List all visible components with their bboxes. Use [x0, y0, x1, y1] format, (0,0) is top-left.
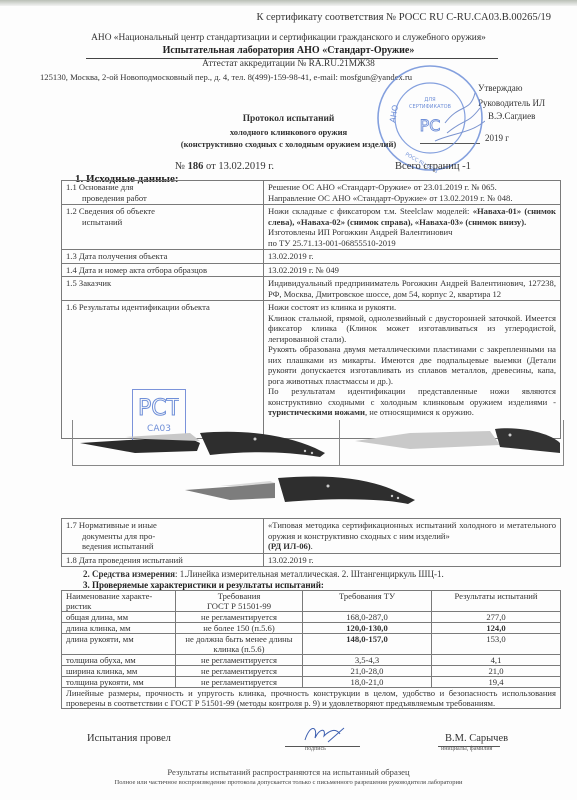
scan-edge [0, 0, 577, 6]
cell-result: 4,1 [432, 655, 561, 666]
table-row: 1.1 Основание дляпроведения работ Решени… [62, 181, 561, 205]
protocol-subtitle: холодного клинкового оружия [0, 127, 577, 137]
svg-text:ДЛЯ: ДЛЯ [424, 97, 435, 103]
tester-name: В.М. Сарычев [445, 733, 508, 744]
tested-by-label: Испытания провел [87, 733, 171, 744]
table-row: 1.5 Заказчик Индивидуальный предпринимат… [62, 277, 561, 301]
table-header-row: Наименование характе-ристик ТребованияГО… [62, 591, 561, 612]
cell-name: длина рукояти, мм [62, 634, 176, 655]
lab-address: 125130, Москва, 2-ой Новоподмосковный пе… [40, 72, 412, 82]
svg-text:PCT: PCT [139, 396, 179, 421]
table-row: 1.3 Дата получения объекта 13.02.2019 г. [62, 250, 561, 264]
footer-reproduction-note: Полное или частичное воспроизведение про… [0, 779, 577, 786]
protocol-subtitle-2: (конструктивно сходных с холодным оружие… [0, 139, 577, 149]
cell-gost: не более 150 (п.5.6) [176, 623, 303, 634]
accreditation: Аттестат аккредитации № RA.RU.21МЖ38 [0, 59, 577, 69]
laboratory-name: Испытательная лаборатория АНО «Стандарт-… [0, 45, 577, 56]
cell-tu: 148,0-157,0 [303, 634, 432, 655]
cell-result: 277,0 [432, 612, 561, 623]
cell-name: длина клинка, мм [62, 623, 176, 634]
table-row: длина клинка, ммне более 150 (п.5.6)120,… [62, 623, 561, 634]
signature-caption: подпись [305, 746, 326, 752]
cell-result: 21,0 [432, 666, 561, 677]
cell-tu: 18,0-21,0 [303, 677, 432, 688]
cell-gost: не регламентируется [176, 612, 303, 623]
cell-name: ширина клинка, мм [62, 666, 176, 677]
cell-name: толщина обуха, мм [62, 655, 176, 666]
organization-name: АНО «Национальный центр стандартизации и… [0, 33, 577, 43]
source-data-table: 1.1 Основание дляпроведения работ Решени… [61, 180, 561, 439]
knife-navaha-02-photo [350, 423, 560, 463]
name-caption: инициалы, фамилия [441, 746, 492, 752]
cell-result: 153,0 [432, 634, 561, 655]
cell-tu: 120,0-130,0 [303, 623, 432, 634]
cell-name: общая длина, мм [62, 612, 176, 623]
certificate-reference: К сертификату соответствия № РОСС RU C-R… [256, 12, 551, 23]
table-row: 1.8 Дата проведения испытаний 13.02.2019… [62, 553, 561, 567]
cell-result: 124,0 [432, 623, 561, 634]
protocol-title: Протокол испытаний [0, 114, 577, 124]
table-row: ширина клинка, ммне регламентируется21,0… [62, 666, 561, 677]
section-2-measuring-tools: 2. Средства измерения: 1.Линейка измерит… [83, 569, 444, 579]
signature-icon [300, 722, 350, 746]
knife-navaha-01-photo [75, 423, 335, 468]
knife-navaha-03-photo [180, 468, 430, 513]
cell-gost: не регламентируется [176, 666, 303, 677]
cell-gost: не регламентируется [176, 655, 303, 666]
table-row: толщина рукояти, ммне регламентируется18… [62, 677, 561, 688]
approval-position: Руководитель ИЛ [478, 98, 545, 108]
table-row: общая длина, ммне регламентируется168,0-… [62, 612, 561, 623]
table-row: толщина обуха, ммне регламентируется3,5-… [62, 655, 561, 666]
table-row: 1.2 Сведения об объектеиспытаний Ножи ск… [62, 205, 561, 250]
table-row: 1.6 Результаты идентификации объекта PCT… [62, 301, 561, 439]
table-row: 1.7 Нормативные и иныедокументы для про-… [62, 519, 561, 554]
section-3-heading: 3. Проверяемые характеристики и результа… [83, 580, 324, 590]
table-row: Линейные размеры, прочность и упругость … [62, 688, 561, 709]
cell-tu: 3,5-4,3 [303, 655, 432, 666]
cell-tu: 168,0-287,0 [303, 612, 432, 623]
footer-scope-note: Результаты испытаний распространяются на… [0, 767, 577, 777]
protocol-number: № 186 от 13.02.2019 г. [175, 161, 274, 172]
svg-text:СЕРТИФИКАТОВ: СЕРТИФИКАТОВ [409, 104, 451, 110]
cell-tu: 21,0-28,0 [303, 666, 432, 677]
page-count: Всего страниц -1 [395, 161, 471, 172]
cell-result: 19,4 [432, 677, 561, 688]
normative-table: 1.7 Нормативные и иныедокументы для про-… [61, 518, 561, 567]
table-row: длина рукояти, ммне должна быть менее дл… [62, 634, 561, 655]
table-row: 1.4 Дата и номер акта отбора образцов 13… [62, 263, 561, 277]
cell-name: толщина рукояти, мм [62, 677, 176, 688]
results-table: Наименование характе-ристик ТребованияГО… [61, 590, 561, 709]
cell-gost: не должна быть менее длины клинка (п.5.6… [176, 634, 303, 655]
cell-gost: не регламентируется [176, 677, 303, 688]
